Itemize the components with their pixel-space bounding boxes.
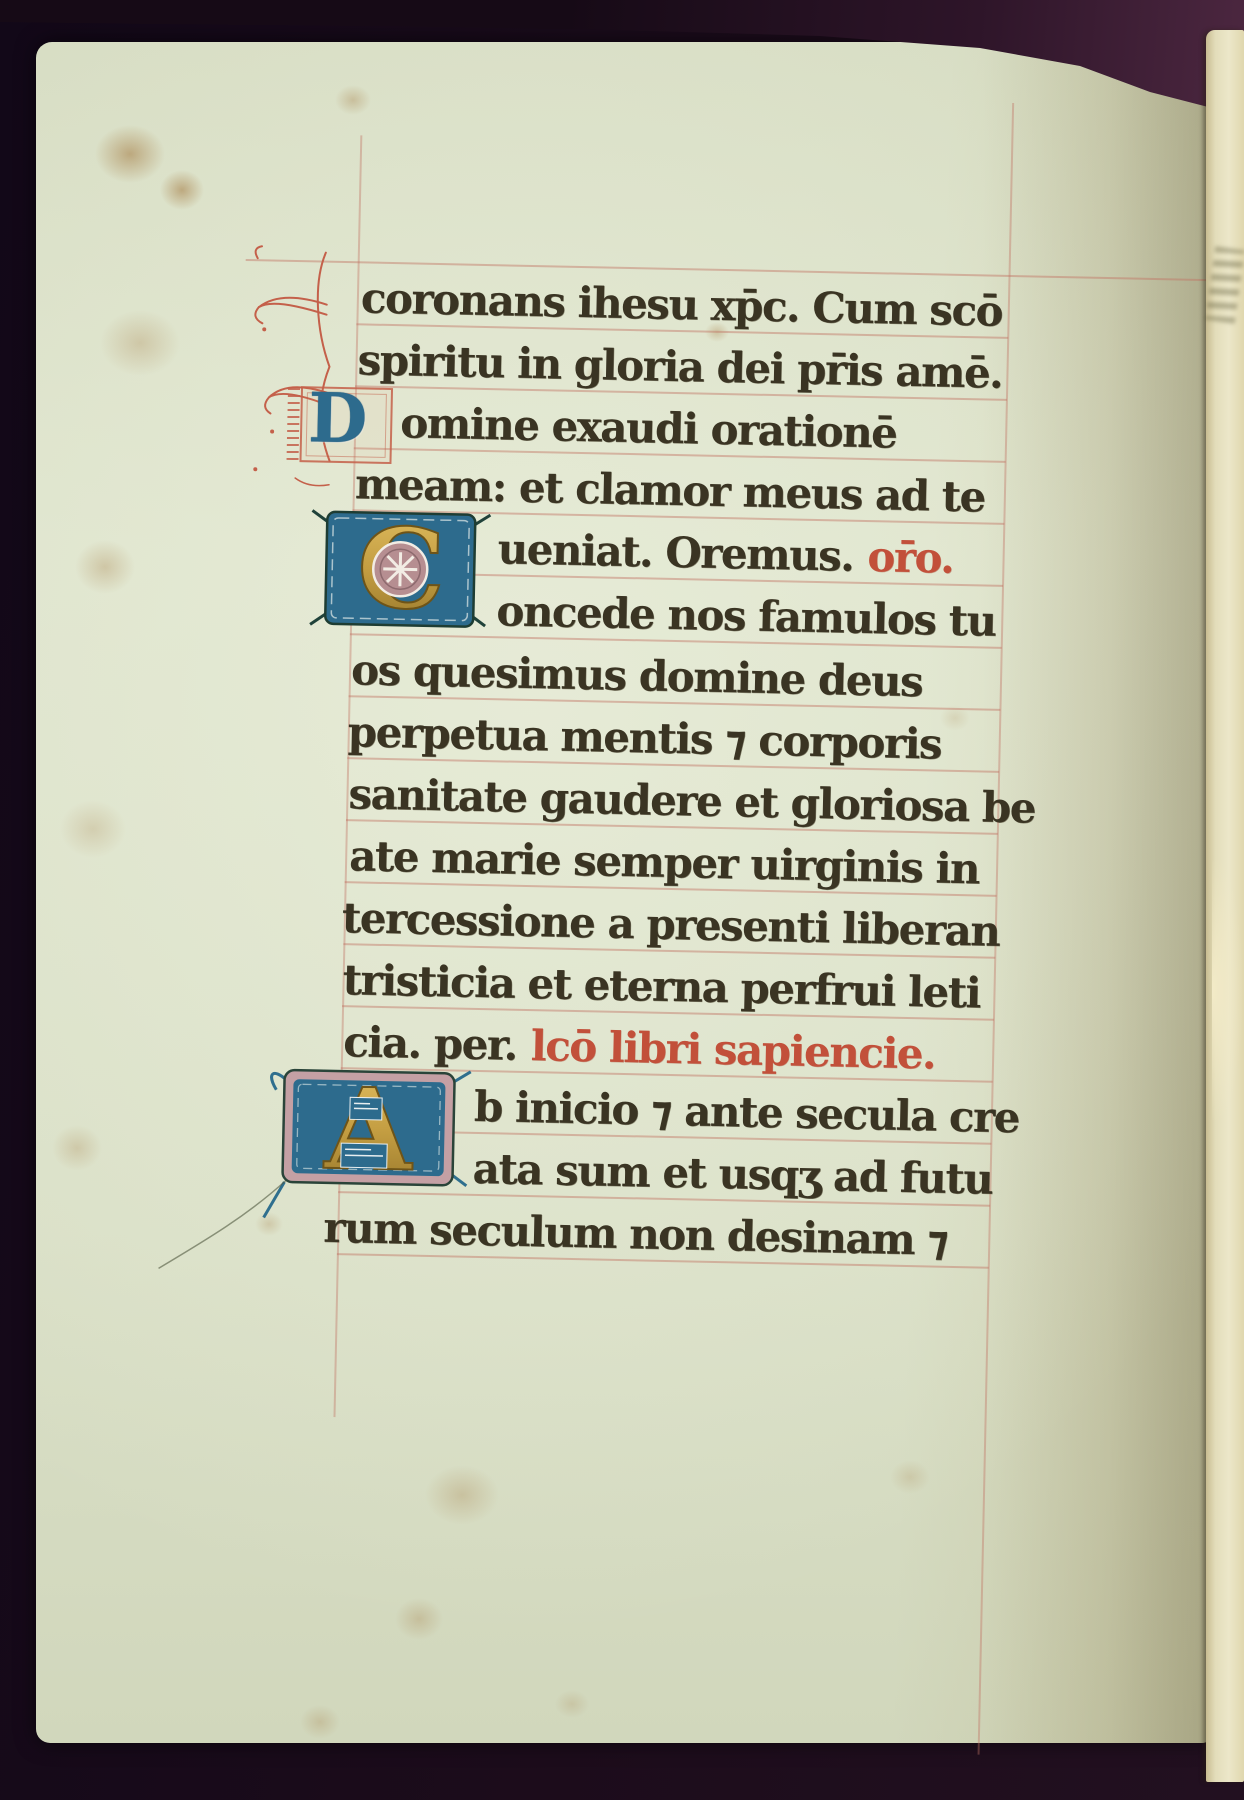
line-text: ate marie semper uirginis in xyxy=(349,831,980,893)
line-text: ueniat. Oremus. xyxy=(497,524,854,580)
foxing-stain xyxy=(890,1460,930,1494)
line-text: spiritu in gloria dei pr̄is amē. xyxy=(357,335,1003,397)
foxing-stain xyxy=(100,310,180,376)
next-page-edge xyxy=(1206,30,1244,1782)
line-text: rum seculum non desinam ⁊ xyxy=(323,1203,948,1265)
line-text: os quesimus domine deus xyxy=(351,645,923,706)
foxing-stain xyxy=(60,800,126,858)
foxing-stain xyxy=(300,1705,340,1739)
foxing-stain xyxy=(425,1465,499,1525)
line-text: perpetua mentis ⁊ corporis xyxy=(347,707,941,768)
foxing-stain xyxy=(335,85,371,115)
foxing-stain xyxy=(160,170,204,210)
text-block: D C xyxy=(273,246,1011,1341)
line-text: oncede nos famulos tu xyxy=(496,586,996,645)
line-text: tercessione a presenti liberan xyxy=(341,893,999,956)
line-text: omine exaudi orationē xyxy=(400,398,897,457)
rubric-text: lcō libri sapiencie. xyxy=(530,1021,935,1078)
foxing-stain xyxy=(555,1690,589,1718)
rubric-text: or̄o. xyxy=(867,532,954,583)
foxing-stain xyxy=(95,125,165,183)
manuscript-page: D C xyxy=(36,42,1212,1743)
line-text: b inicio ⁊ ante secula cre xyxy=(474,1082,1020,1142)
show-through-text xyxy=(1205,246,1244,323)
page-curl-highlight xyxy=(1212,860,1242,1120)
foxing-stain xyxy=(395,1598,443,1640)
line-text: coronans ihesu xp̄c. Cum scō xyxy=(360,273,1002,335)
line-text: cia. per. xyxy=(343,1017,517,1070)
line-text: ata sum et usqʒ ad futu xyxy=(472,1144,993,1204)
foxing-stain xyxy=(75,540,135,594)
line-text: sanitate gaudere et gloriosa be xyxy=(348,769,1036,832)
line-text: tristicia et eterna perfrui leti xyxy=(342,955,980,1017)
line-text: meam: et clamor meus ad te xyxy=(355,459,986,521)
photograph-backdrop: D C xyxy=(0,0,1244,1800)
foxing-stain xyxy=(52,1125,102,1171)
